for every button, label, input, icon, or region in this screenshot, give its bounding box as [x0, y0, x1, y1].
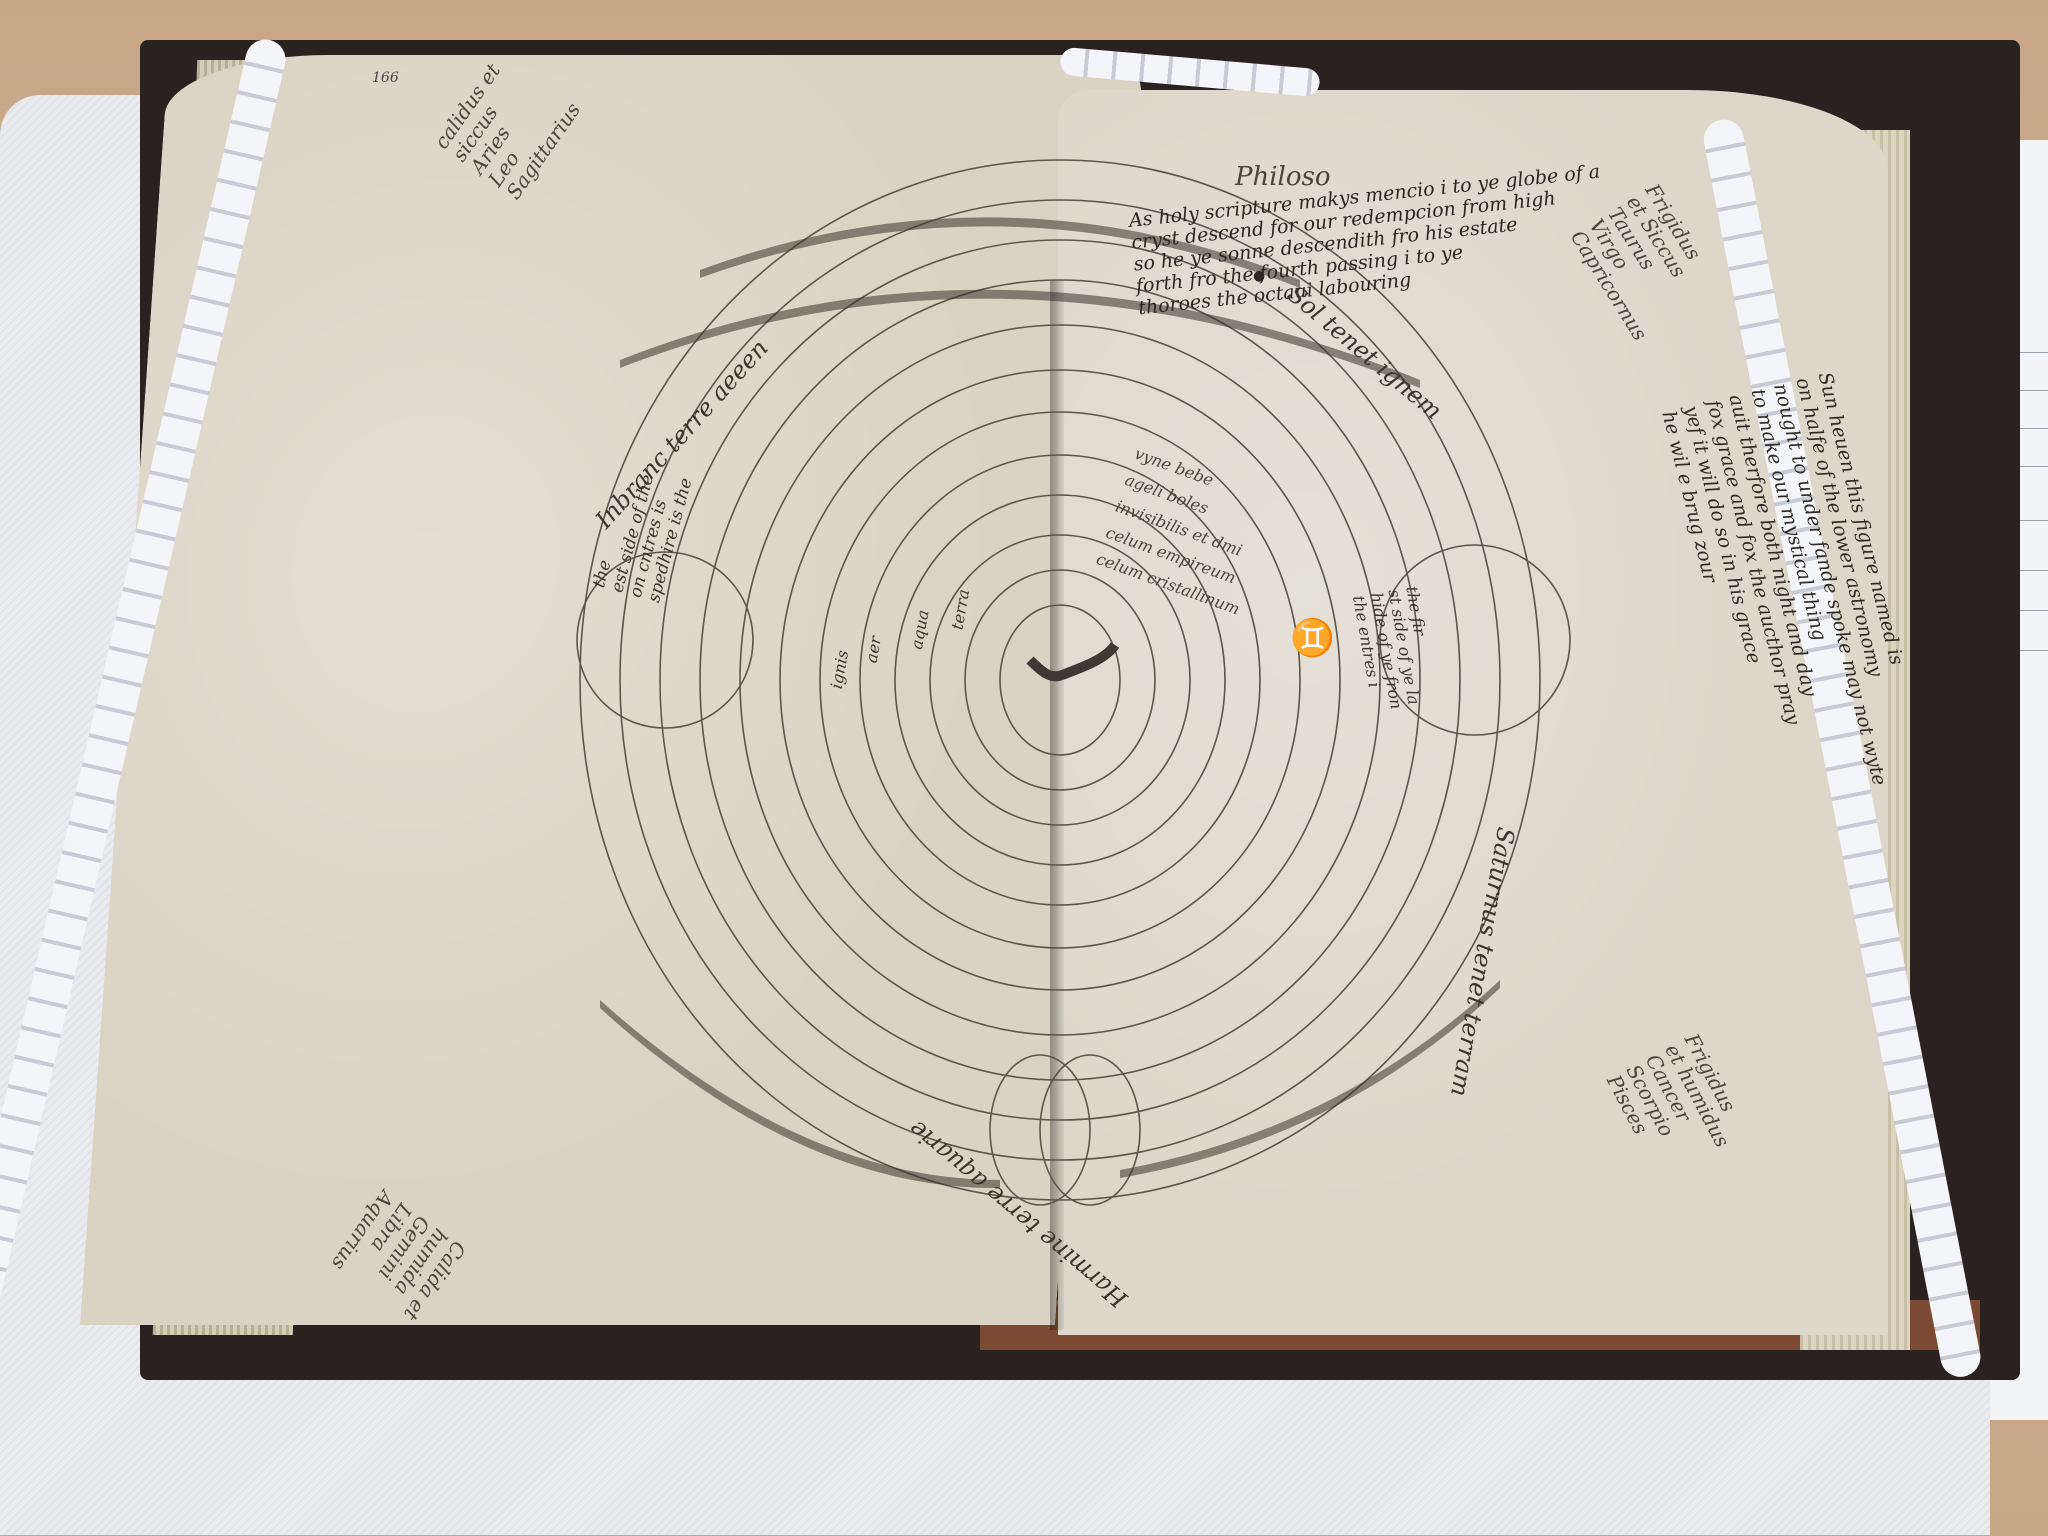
page-number: 166 [372, 70, 399, 86]
book-gutter [1050, 280, 1064, 1330]
right-page-heading: Philoso [1235, 162, 1331, 192]
